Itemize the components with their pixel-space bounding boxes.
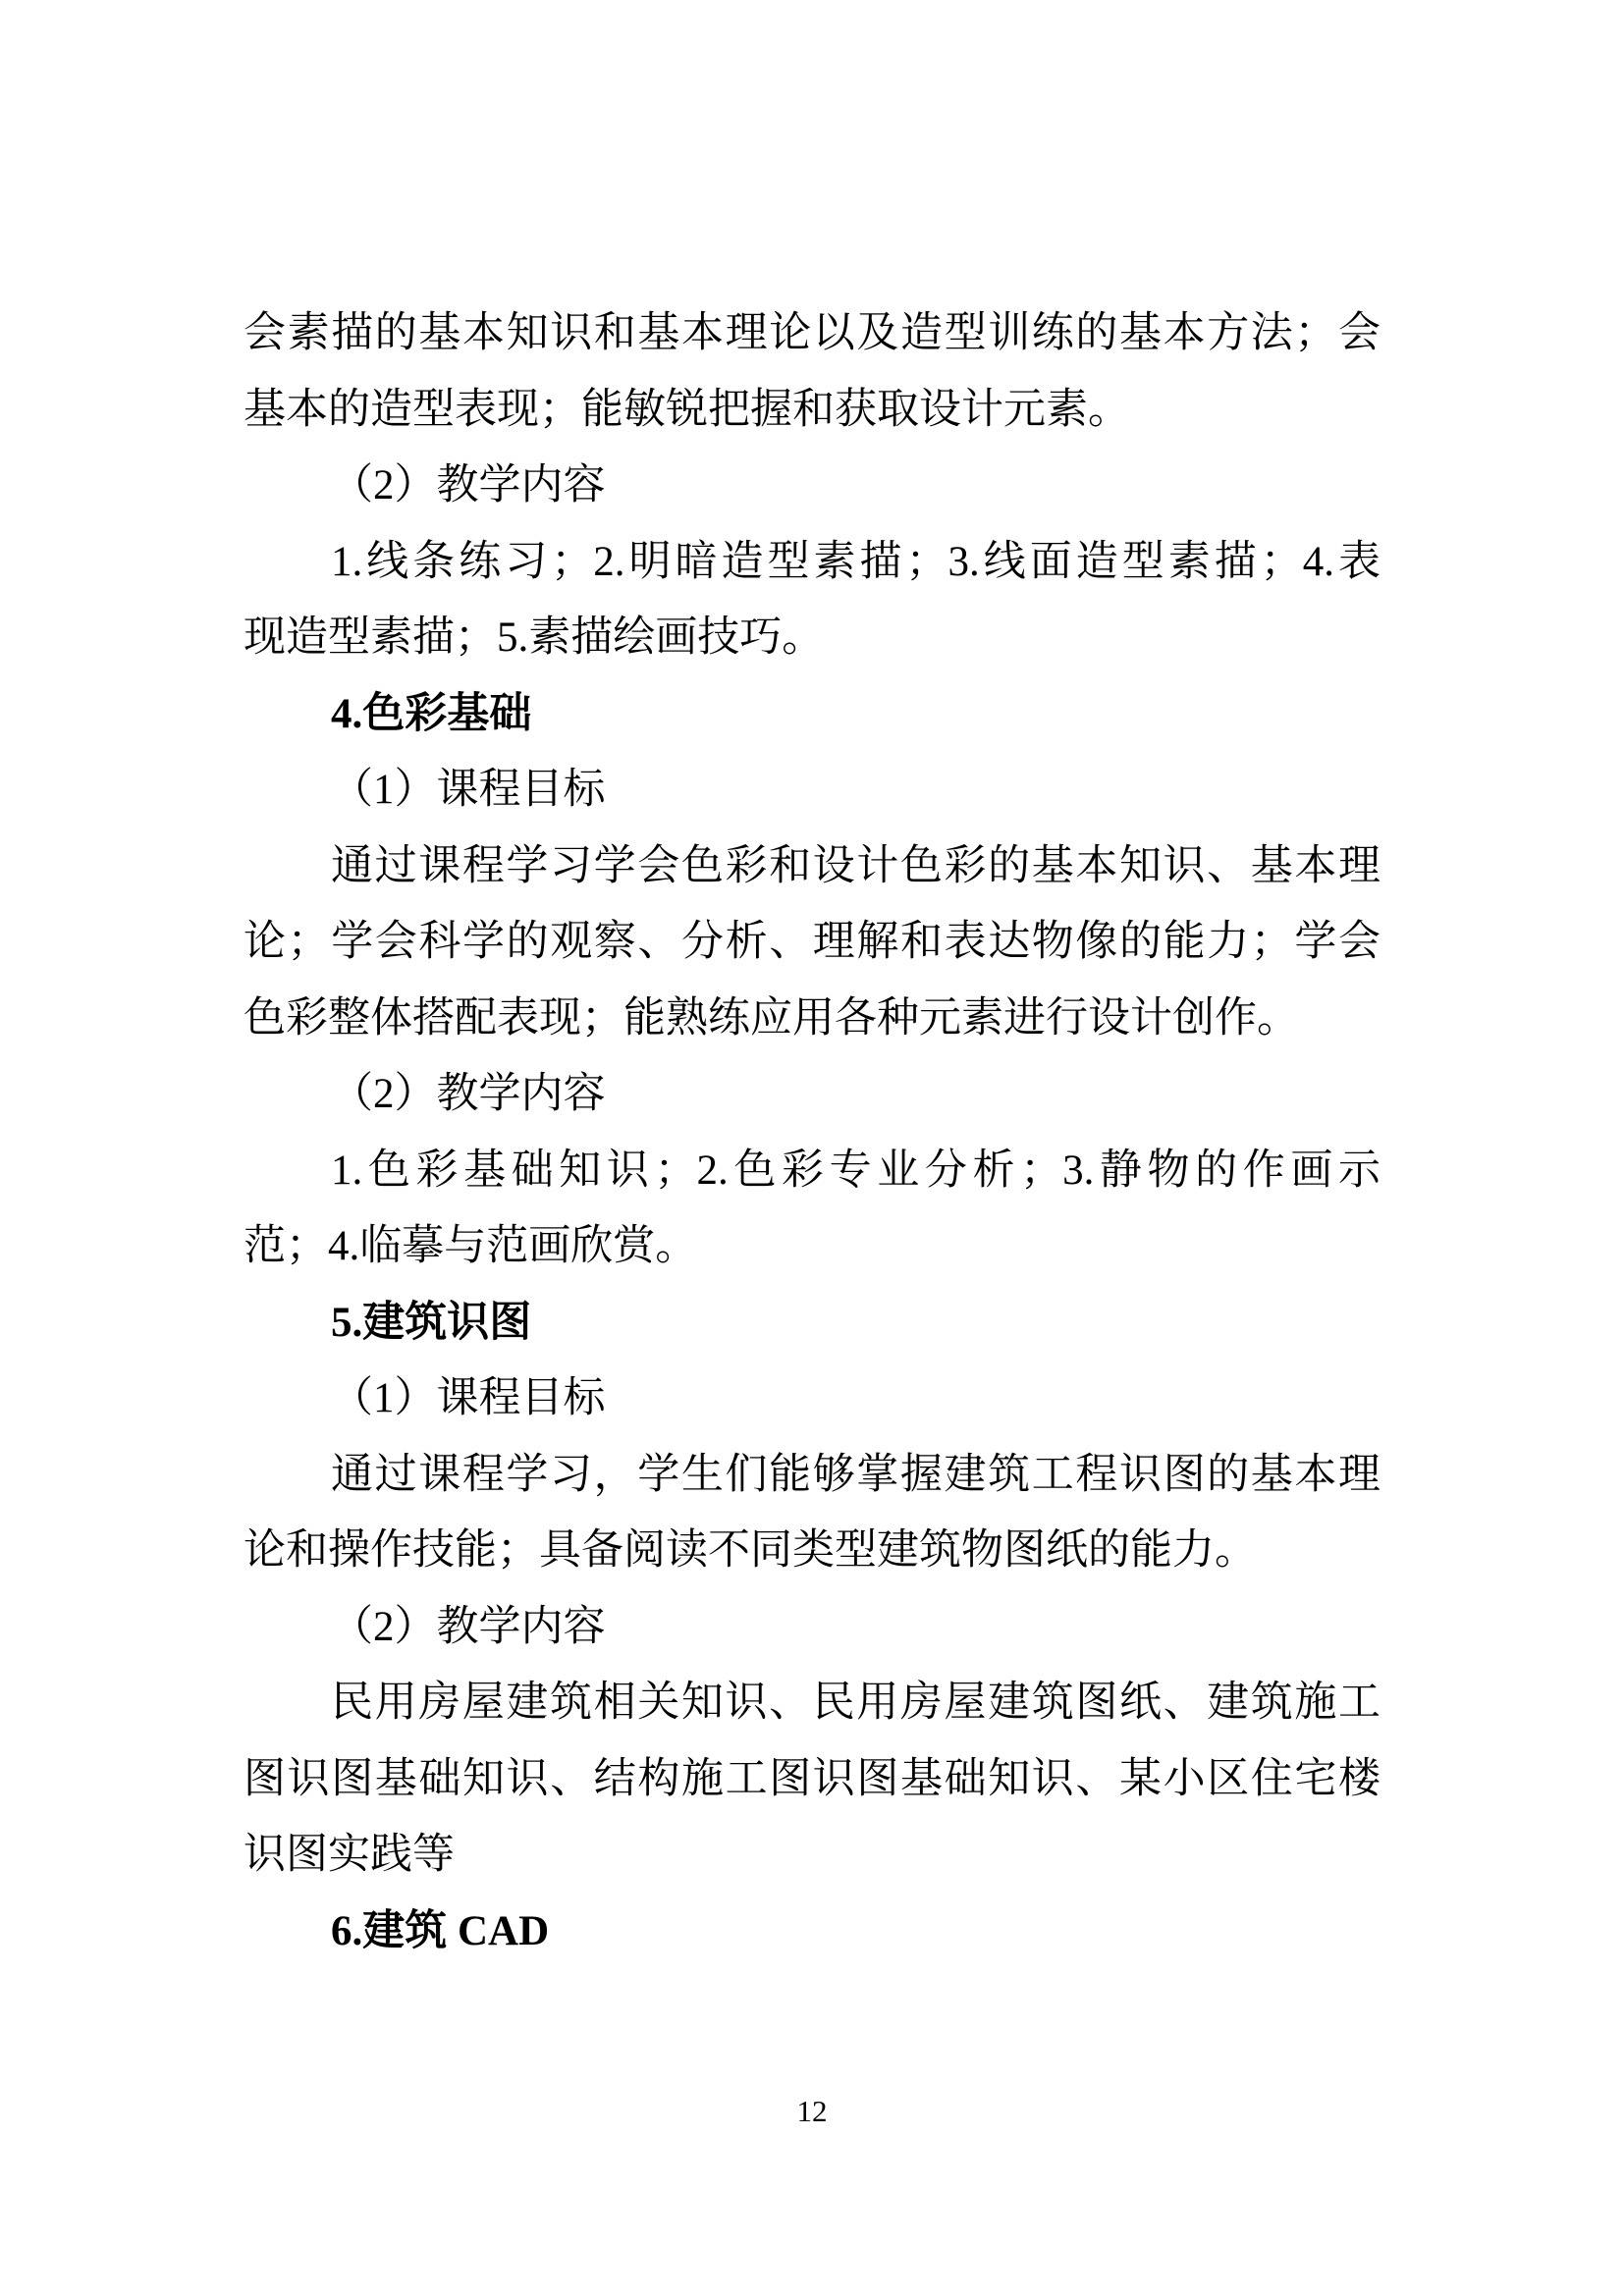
text-line: （1）课程目标 [244,752,1380,828]
text-line: 现造型素描；5.素描绘画技巧。 [244,600,1380,676]
text-line: 会素描的基本知识和基本理论以及造型训练的基本方法；会 [244,295,1380,372]
text-line: 论和操作技能；具备阅读不同类型建筑物图纸的能力。 [244,1513,1380,1589]
section-heading: 4.色彩基础 [244,676,1380,753]
text-line: 通过课程学习，学生们能够掌握建筑工程识图的基本理 [244,1437,1380,1514]
page-number: 12 [0,2095,1624,2128]
section-heading: 6.建筑 CAD [244,1894,1380,1970]
text-line: 民用房屋建筑相关知识、民用房屋建筑图纸、建筑施工 [244,1665,1380,1741]
text-line: 图识图基础知识、结构施工图识图基础知识、某小区住宅楼 [244,1741,1380,1818]
text-line: （2）教学内容 [244,1589,1380,1666]
text-line: 识图实践等 [244,1817,1380,1894]
text-line: （2）教学内容 [244,1056,1380,1133]
document-page: 会素描的基本知识和基本理论以及造型训练的基本方法；会 基本的造型表现；能敏锐把握… [0,0,1624,2296]
text-line: （2）教学内容 [244,448,1380,524]
text-line: 1.色彩基础知识；2.色彩专业分析；3.静物的作画示 [244,1133,1380,1209]
text-line: 论；学会科学的观察、分析、理解和表达物像的能力；学会 [244,904,1380,981]
text-line: 色彩整体搭配表现；能熟练应用各种元素进行设计创作。 [244,981,1380,1057]
text-line: （1）课程目标 [244,1361,1380,1437]
text-line: 通过课程学习学会色彩和设计色彩的基本知识、基本理 [244,828,1380,905]
section-heading: 5.建筑识图 [244,1285,1380,1362]
text-line: 范；4.临摹与范画欣赏。 [244,1208,1380,1285]
page-body: 会素描的基本知识和基本理论以及造型训练的基本方法；会 基本的造型表现；能敏锐把握… [244,295,1380,1969]
text-line: 1.线条练习；2.明暗造型素描；3.线面造型素描；4.表 [244,524,1380,601]
text-line: 基本的造型表现；能敏锐把握和获取设计元素。 [244,372,1380,449]
